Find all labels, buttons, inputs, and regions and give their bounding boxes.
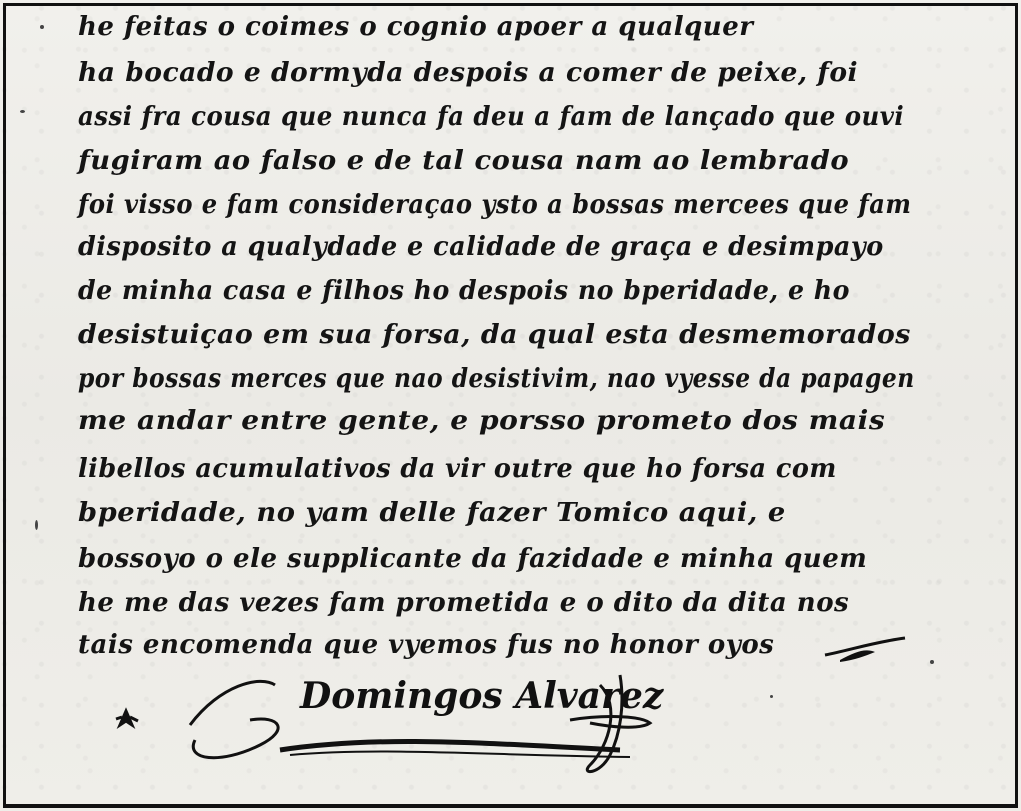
signature-block: Domingos Alvarez [180,665,740,775]
manuscript-line-10: me andar entre gente, e porsso prometo d… [78,406,885,436]
manuscript-line-4: fugiram ao falso e de tal cousa nam ao l… [78,146,849,176]
manuscript-line-8: desistuiçao em sua forsa, da qual esta d… [78,320,911,350]
ink-speck [20,110,25,113]
manuscript-line-5: foi visso e fam consideraçao ysto a boss… [78,190,911,220]
ink-speck [35,520,38,530]
manuscript-line-7: de minha casa e filhos ho despois no bpe… [78,276,850,306]
manuscript-line-1: he feitas o coimes o cognio apoer a qual… [78,12,753,42]
manuscript-line-14: he me das vezes fam prometida e o dito d… [78,588,849,618]
manuscript-line-13: bossoyo o ele supplicante da fazidade e … [78,544,867,574]
manuscript-line-15: tais encomenda que vyemos fus no honor o… [78,630,774,660]
manuscript-line-12: bperidade, no yam delle fazer Tomico aqu… [78,498,786,528]
ink-speck [930,660,934,664]
manuscript-page: he feitas o coimes o cognio apoer a qual… [0,0,1021,811]
ink-speck [40,25,44,29]
manuscript-line-3: assi fra cousa que nunca fa deu a fam de… [78,102,904,132]
signature: Domingos Alvarez [300,675,663,717]
manuscript-line-2: ha bocado e dormyda despois a comer de p… [78,58,858,88]
manuscript-line-9: por bossas merces que nao desistivim, na… [78,364,915,394]
ink-mark-icon [112,703,142,733]
manuscript-line-6: disposito a qualydade e calidade de graç… [78,232,884,262]
ink-speck [770,695,773,698]
pen-flourish-icon [820,630,910,670]
manuscript-line-11: libellos acumulativos da vir outre que h… [78,454,837,484]
